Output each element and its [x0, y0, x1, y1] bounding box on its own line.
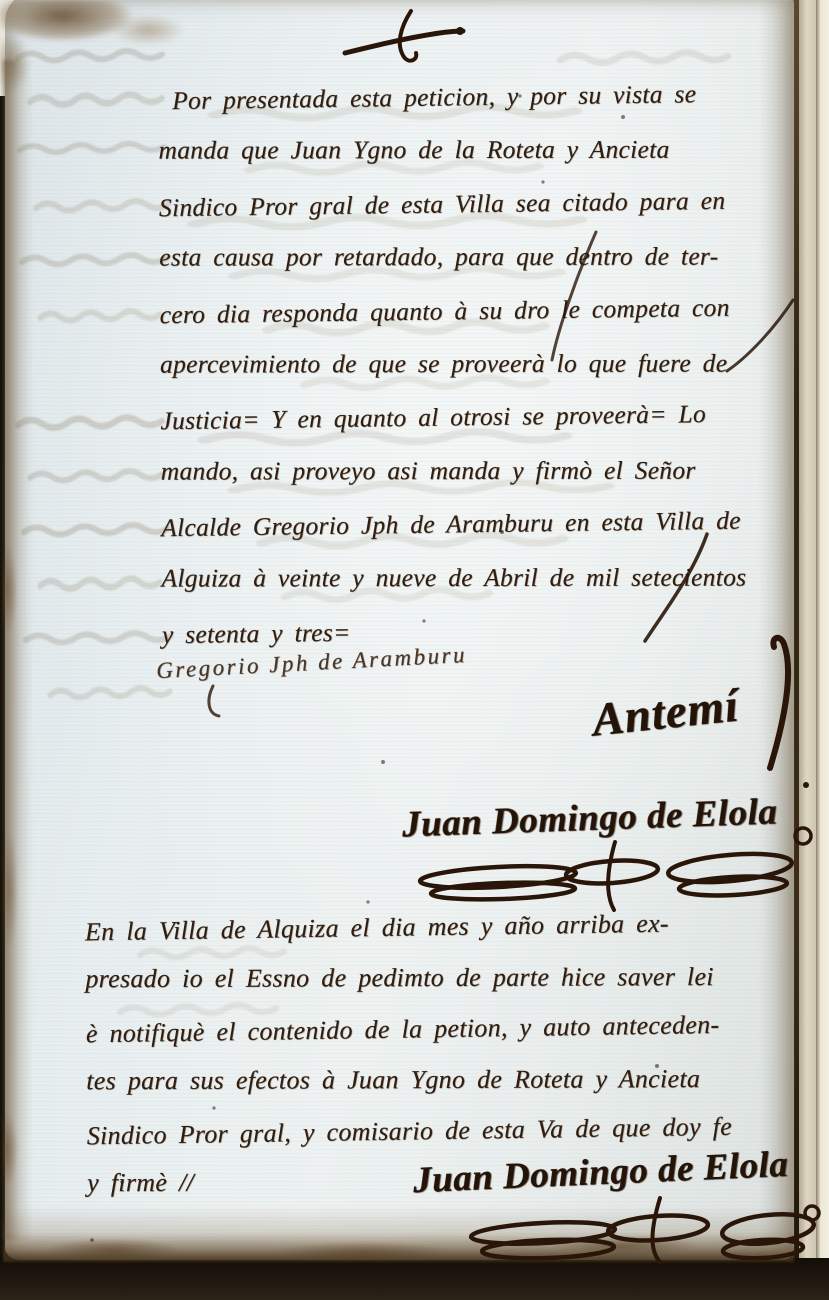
stain-left-edge — [3, 60, 33, 1240]
manuscript-photo: Por presentada esta peticion, y por su v… — [0, 0, 829, 1300]
text-line: Sindico Pror gral de esta Villa sea cita… — [159, 173, 808, 235]
text-line: tes para sus efectos à Juan Ygno de Rote… — [86, 1053, 806, 1107]
bottom-shadow-band — [0, 1258, 829, 1300]
text-line: cero dia responda quanto à su dro le com… — [159, 279, 808, 341]
text-line: manda que Juan Ygno de la Roteta y Ancie… — [158, 123, 806, 178]
text-line: Alcalde Gregorio Jph de Aramburu en esta… — [161, 493, 810, 555]
adjacent-page-edge-outer — [816, 0, 829, 1300]
auto-paragraph: Por presentada esta peticion, y por su v… — [158, 68, 810, 660]
text-line: En la Villa de Alquiza el dia mes y año … — [85, 896, 806, 958]
text-line: Por presentada esta peticion, y por su v… — [158, 66, 807, 128]
text-line: apercevimiento de que se proveerà lo que… — [160, 336, 808, 391]
text-line: esta causa por retardado, para que dentr… — [159, 230, 807, 285]
text-line: mando, asi proveyo asi manda y firmò el … — [161, 443, 809, 498]
text-line: Justicia= Y en quanto al otrosi se prove… — [160, 386, 809, 448]
text-line: è notifiquè el contenido de la petion, y… — [85, 998, 806, 1060]
stain-bottom-edge — [3, 1206, 794, 1262]
text-line: Alguiza à veinte y nueve de Abril de mil… — [161, 550, 809, 605]
text-line: presado io el Essno de pedimto de parte … — [85, 951, 805, 1005]
